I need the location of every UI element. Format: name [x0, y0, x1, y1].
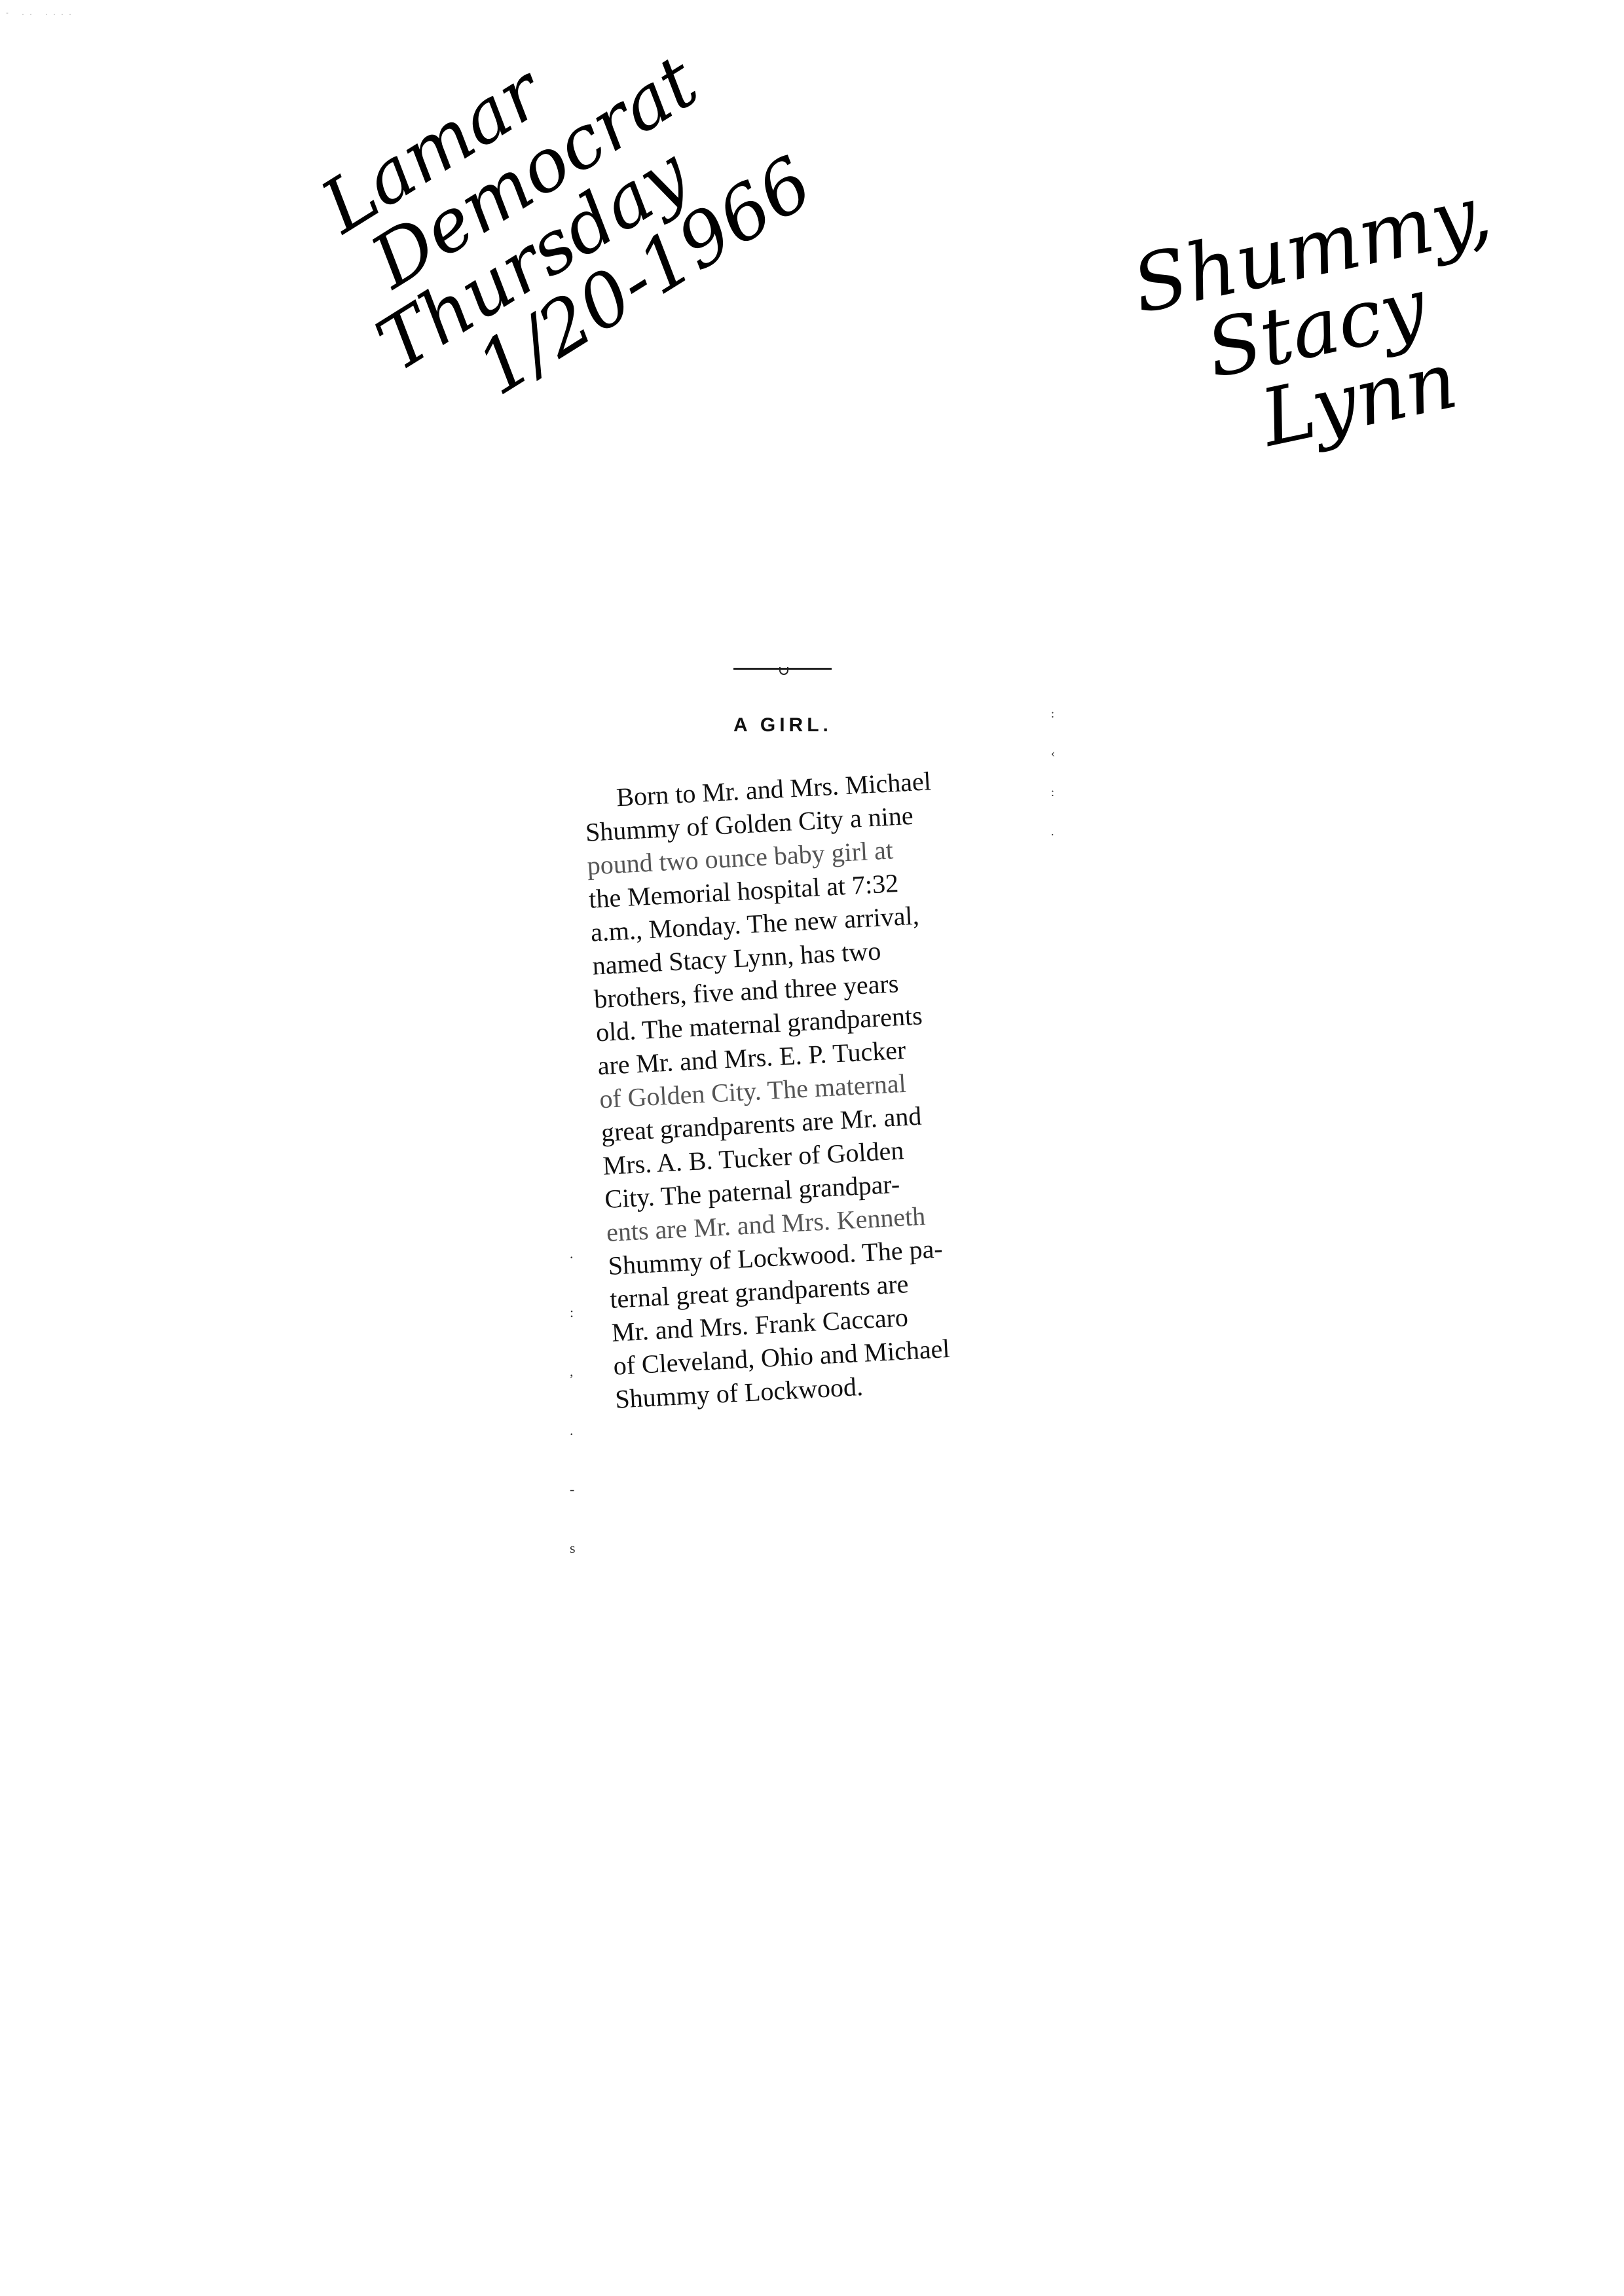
handwritten-name-note: Shummy, Stacy Lynn	[1126, 173, 1530, 479]
handwritten-source-note: Lamar Democrat Thursday 1/20-1966	[288, 0, 824, 445]
scan-corner-marks: - .. ....	[5, 10, 76, 18]
column-divider-rule	[733, 668, 832, 670]
clipping-left-edge-marks: .:,.-s	[570, 1224, 576, 1578]
newspaper-clipping: A GIRL. Born to Mr. and Mrs. Michael Shu…	[583, 668, 1080, 1417]
clipping-body: Born to Mr. and Mrs. Michael Shummy of G…	[583, 756, 1113, 1415]
clipping-headline: A GIRL.	[733, 714, 1080, 737]
